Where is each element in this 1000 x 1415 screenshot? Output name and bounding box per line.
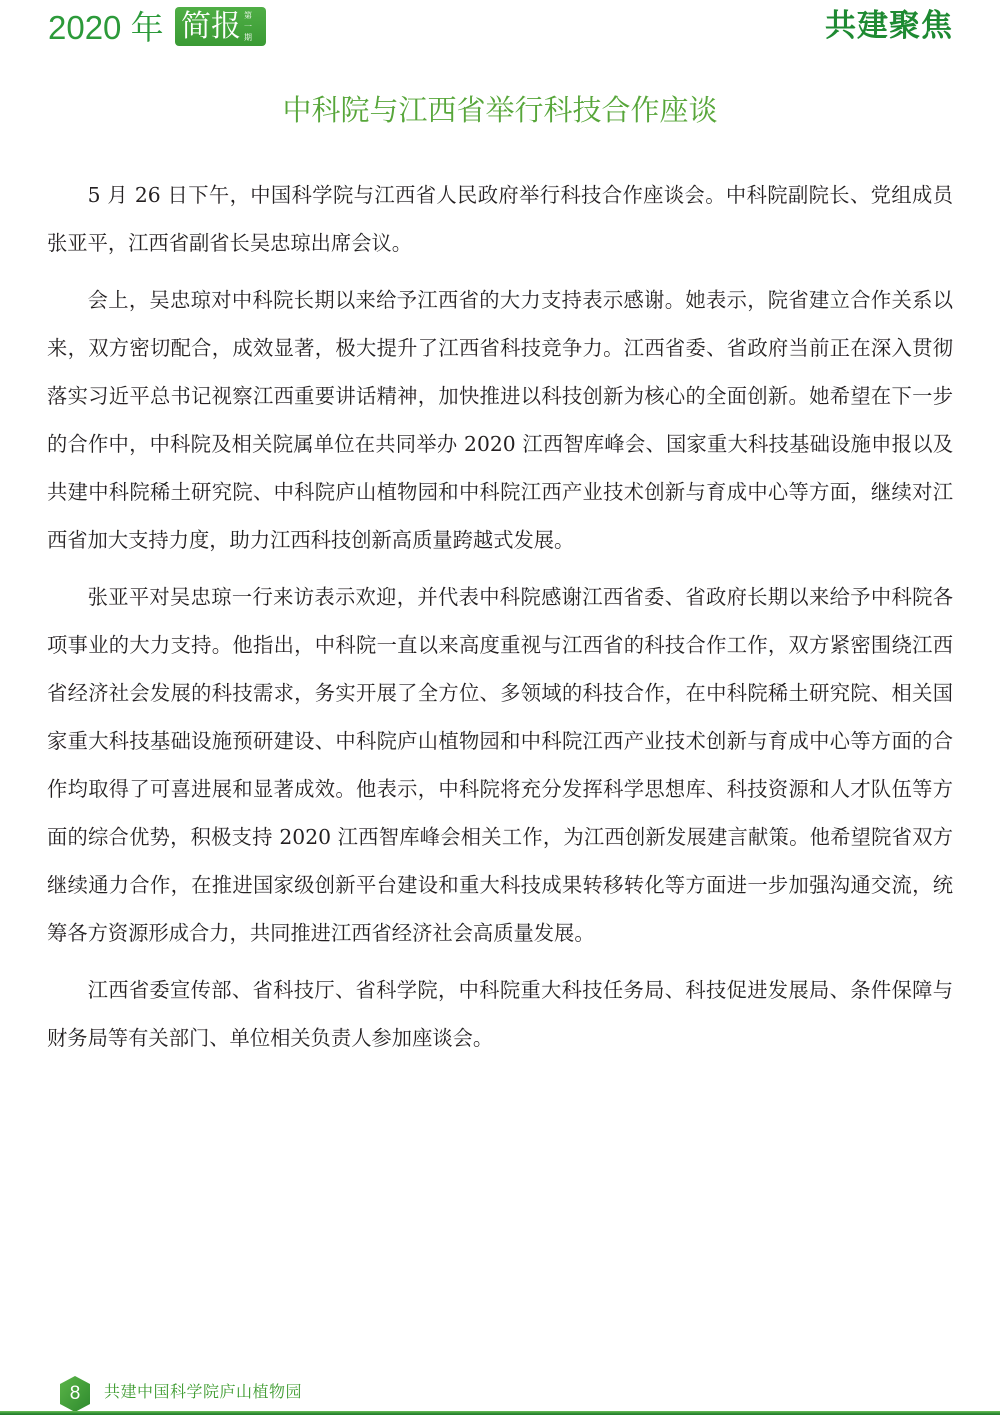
page-number: 8 bbox=[60, 1376, 90, 1412]
article-paragraph: 会上，吴忠琼对中科院长期以来给予江西省的大力支持表示感谢。她表示，院省建立合作关… bbox=[47, 276, 953, 564]
bulletin-badge-label: 简报 bbox=[181, 9, 241, 45]
issue-char: 一 bbox=[244, 21, 252, 32]
issue-char: 期 bbox=[244, 32, 252, 43]
article-paragraph: 5 月 26 日下午，中国科学院与江西省人民政府举行科技合作座谈会。中科院副院长… bbox=[47, 171, 953, 267]
issue-number: 第 一 期 bbox=[244, 10, 252, 43]
footer-organization: 共建中国科学院庐山植物园 bbox=[104, 1380, 302, 1404]
article-body: 5 月 26 日下午，中国科学院与江西省人民政府举行科技合作座谈会。中科院副院长… bbox=[47, 171, 953, 1071]
article-title: 中科院与江西省举行科技合作座谈 bbox=[0, 88, 1000, 132]
page-number-badge: 8 bbox=[60, 1376, 90, 1412]
issue-char: 第 bbox=[244, 10, 252, 21]
bulletin-badge: 简报 第 一 期 bbox=[175, 7, 266, 46]
header-year: 2020 年 bbox=[48, 8, 164, 48]
section-title: 共建聚焦 bbox=[825, 6, 953, 46]
footer-divider bbox=[0, 1411, 1000, 1415]
article-paragraph: 张亚平对吴忠琼一行来访表示欢迎，并代表中科院感谢江西省委、省政府长期以来给予中科… bbox=[47, 573, 953, 957]
article-paragraph: 江西省委宣传部、省科技厅、省科学院，中科院重大科技任务局、科技促进发展局、条件保… bbox=[47, 966, 953, 1062]
